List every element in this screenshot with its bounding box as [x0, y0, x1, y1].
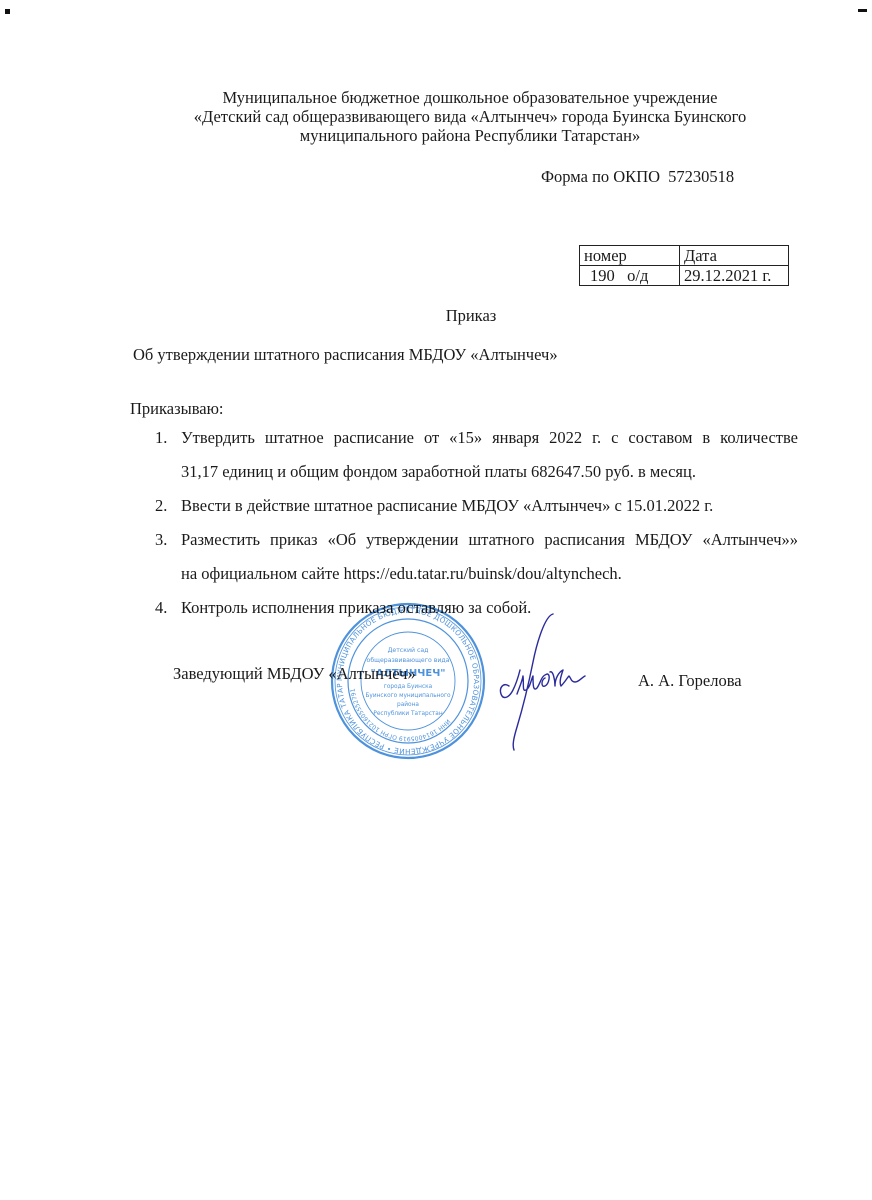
- order-item-line-2: 31,17 единиц и общим фондом заработной п…: [181, 455, 798, 489]
- okpo-label: Форма по ОКПО: [541, 167, 660, 186]
- order-items-list: 1. Утвердить штатное расписание от «15» …: [150, 421, 798, 625]
- stamp-center-line-5: Буинского муниципального: [365, 693, 451, 699]
- header-number: номер: [580, 246, 680, 266]
- signer-position: Заведующий МБДОУ «Алтынчеч»: [173, 664, 416, 684]
- order-item-number: 4.: [155, 591, 167, 625]
- signer-name: А. А. Горелова: [638, 671, 742, 691]
- stamp-center-line-4: города Буинска: [384, 684, 433, 690]
- okpo-form-code: Форма по ОКПО 57230518: [541, 167, 734, 187]
- stamp-center-line-1: Детский сад: [388, 646, 429, 654]
- order-item: 1. Утвердить штатное расписание от «15» …: [150, 421, 798, 489]
- header-line-3: муниципального района Республики Татарст…: [150, 126, 790, 145]
- organization-header: Муниципальное бюджетное дошкольное образ…: [150, 88, 790, 145]
- order-subject: Об утверждении штатного расписания МБДОУ…: [133, 345, 558, 365]
- order-item-line-1: Контроль исполнения приказа оставляю за …: [181, 591, 798, 625]
- scan-corner-mark-left: [5, 9, 10, 14]
- order-item-line-1: Разместить приказ «Об утверждении штатно…: [181, 523, 798, 557]
- header-date: Дата: [680, 246, 789, 266]
- order-intro: Приказываю:: [130, 399, 224, 419]
- order-item-line-1: Ввести в действие штатное расписание МБД…: [181, 489, 798, 523]
- table-header-row: номер Дата: [580, 246, 789, 266]
- order-title: Приказ: [0, 306, 872, 326]
- order-number: 190 о/д: [580, 266, 680, 286]
- stamp-center-line-7: Республики Татарстан: [373, 711, 442, 717]
- order-item-line-1: Утвердить штатное расписание от «15» янв…: [181, 421, 798, 455]
- scan-corner-mark-right: [858, 9, 867, 12]
- order-item-number: 3.: [155, 523, 167, 557]
- order-item-line-2: на официальном сайте https://edu.tatar.r…: [181, 557, 798, 591]
- document-page: Муниципальное бюджетное дошкольное образ…: [0, 0, 872, 1200]
- handwritten-signature-icon: [495, 612, 595, 757]
- header-line-2: «Детский сад общеразвивающего вида «Алты…: [150, 107, 790, 126]
- number-date-table: номер Дата 190 о/д 29.12.2021 г.: [579, 245, 789, 286]
- okpo-code: 57230518: [668, 167, 734, 186]
- order-item: 3. Разместить приказ «Об утверждении шта…: [150, 523, 798, 591]
- order-date: 29.12.2021 г.: [680, 266, 789, 286]
- table-value-row: 190 о/д 29.12.2021 г.: [580, 266, 789, 286]
- header-line-1: Муниципальное бюджетное дошкольное образ…: [150, 88, 790, 107]
- order-item-number: 2.: [155, 489, 167, 523]
- stamp-center-line-2: общеразвивающего вида: [367, 656, 450, 664]
- order-item-number: 1.: [155, 421, 167, 455]
- order-item: 2. Ввести в действие штатное расписание …: [150, 489, 798, 523]
- stamp-center-line-6: района: [397, 701, 419, 708]
